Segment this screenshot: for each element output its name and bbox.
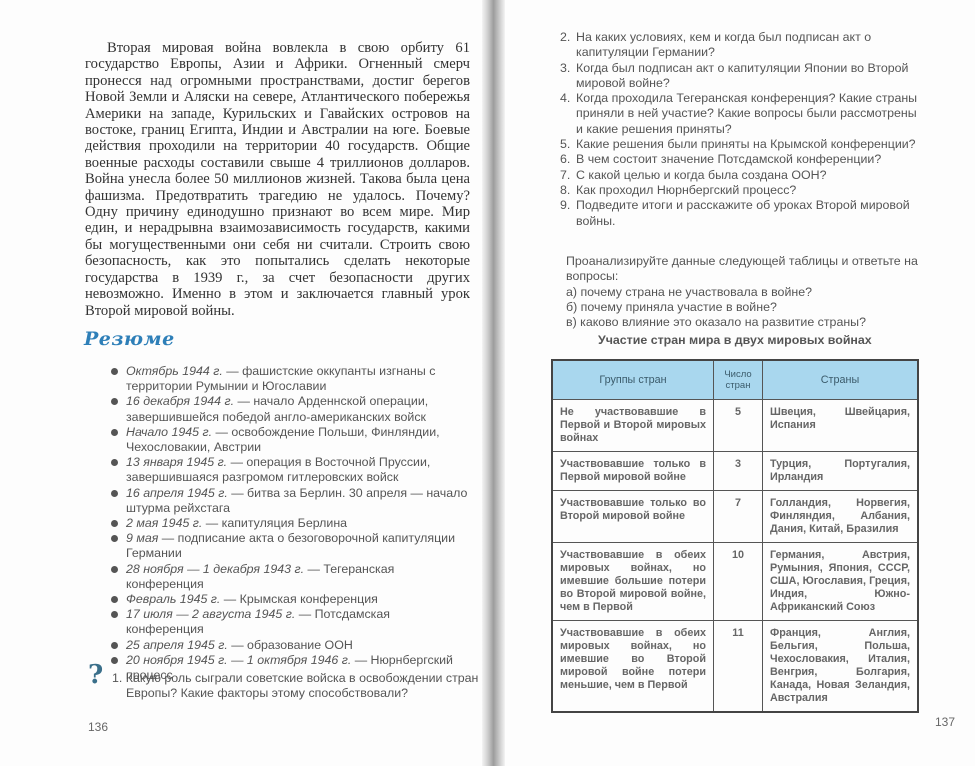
questions-list: 2.На каких условиях, кем и когда был под… — [560, 30, 922, 229]
resume-item: 2 мая 1945 г. — капитуляция Берлина — [110, 516, 468, 531]
header-groups: Группы стран — [552, 360, 714, 400]
body-paragraph: Вторая мировая война вовлекла в свою орб… — [85, 40, 470, 319]
resume-item: 17 июля — 2 августа 1945 г. — Потсдамска… — [110, 607, 468, 637]
question-item: 6.В чем состоит значение Потсдамской кон… — [560, 152, 922, 167]
countries-table: Группы стран Число стран Страны Не участ… — [551, 359, 919, 713]
question-item: 2.На каких условиях, кем и когда был под… — [560, 30, 922, 61]
book-spread: Вторая мировая война вовлекла в свою орб… — [0, 0, 975, 766]
instruction-item: в) каково влияние это оказало на развити… — [566, 315, 928, 330]
resume-item: 28 ноября — 1 декабря 1943 г. — Тегеранс… — [110, 562, 468, 592]
question-item: 4.Когда проходила Тегеранская конференци… — [560, 91, 922, 137]
table-row: Участвовавшие в обеих мировых войнах, но… — [552, 543, 918, 621]
table-row: Участвовавшие только во Второй мировой в… — [552, 491, 918, 543]
table-header-row: Группы стран Число стран Страны — [552, 360, 918, 400]
left-page: Вторая мировая война вовлекла в свою орб… — [0, 0, 482, 766]
table-row: Участвовавшие в обеих мировых войнах, но… — [552, 621, 918, 713]
resume-item: 25 апреля 1945 г. — образование ООН — [110, 638, 468, 653]
resume-item: 13 января 1945 г. — операция в Восточной… — [110, 455, 468, 485]
resume-item: Октябрь 1944 г. — фашистские оккупанты и… — [110, 364, 468, 394]
page-number: 137 — [935, 715, 955, 729]
resume-item: 16 апреля 1945 г. — битва за Берлин. 30 … — [110, 486, 468, 516]
header-count: Число стран — [714, 360, 763, 400]
instruction-item: б) почему приняла участие в войне? — [566, 300, 928, 315]
resume-list: Октябрь 1944 г. — фашистские оккупанты и… — [110, 364, 468, 683]
question-mark-icon: ? — [88, 660, 103, 690]
resume-item: 9 мая — подписание акта о безоговорочной… — [110, 531, 468, 561]
question-item: 1. Какую роль сыграли советские войска в… — [112, 671, 484, 702]
page-number: 136 — [88, 720, 108, 734]
table-row: Не участвовавшие в Первой и Второй миров… — [552, 400, 918, 452]
header-countries: Страны — [763, 360, 919, 400]
instruction-item: а) почему страна не участвовала в войне? — [566, 285, 928, 300]
question-item: 5.Какие решения были приняты на Крымской… — [560, 137, 922, 152]
resume-item: Начало 1945 г. — освобождение Польши, Фи… — [110, 425, 468, 455]
question-item: 8.Как проходил Нюрнбергский процесс? — [560, 183, 922, 198]
resume-item: Февраль 1945 г. — Крымская конференция — [110, 592, 468, 607]
resume-item: 16 декабря 1944 г. — начало Арденнской о… — [110, 394, 468, 424]
resume-heading: Резюме — [84, 328, 175, 350]
question-item: 3.Когда был подписан акт о капитуляции Я… — [560, 61, 922, 92]
table-row: Участвовавшие только в Первой мировой во… — [552, 452, 918, 491]
table-title: Участие стран мира в двух мировых войнах — [598, 333, 872, 347]
question-item: 7.С какой целью и когда была создана ООН… — [560, 168, 922, 183]
table-instruction: Проанализируйте данные следующей таблицы… — [566, 254, 928, 330]
question-item: 9.Подведите итоги и расскажите об уроках… — [560, 198, 922, 229]
book-spine — [482, 0, 505, 766]
instruction-lead: Проанализируйте данные следующей таблицы… — [566, 254, 928, 285]
